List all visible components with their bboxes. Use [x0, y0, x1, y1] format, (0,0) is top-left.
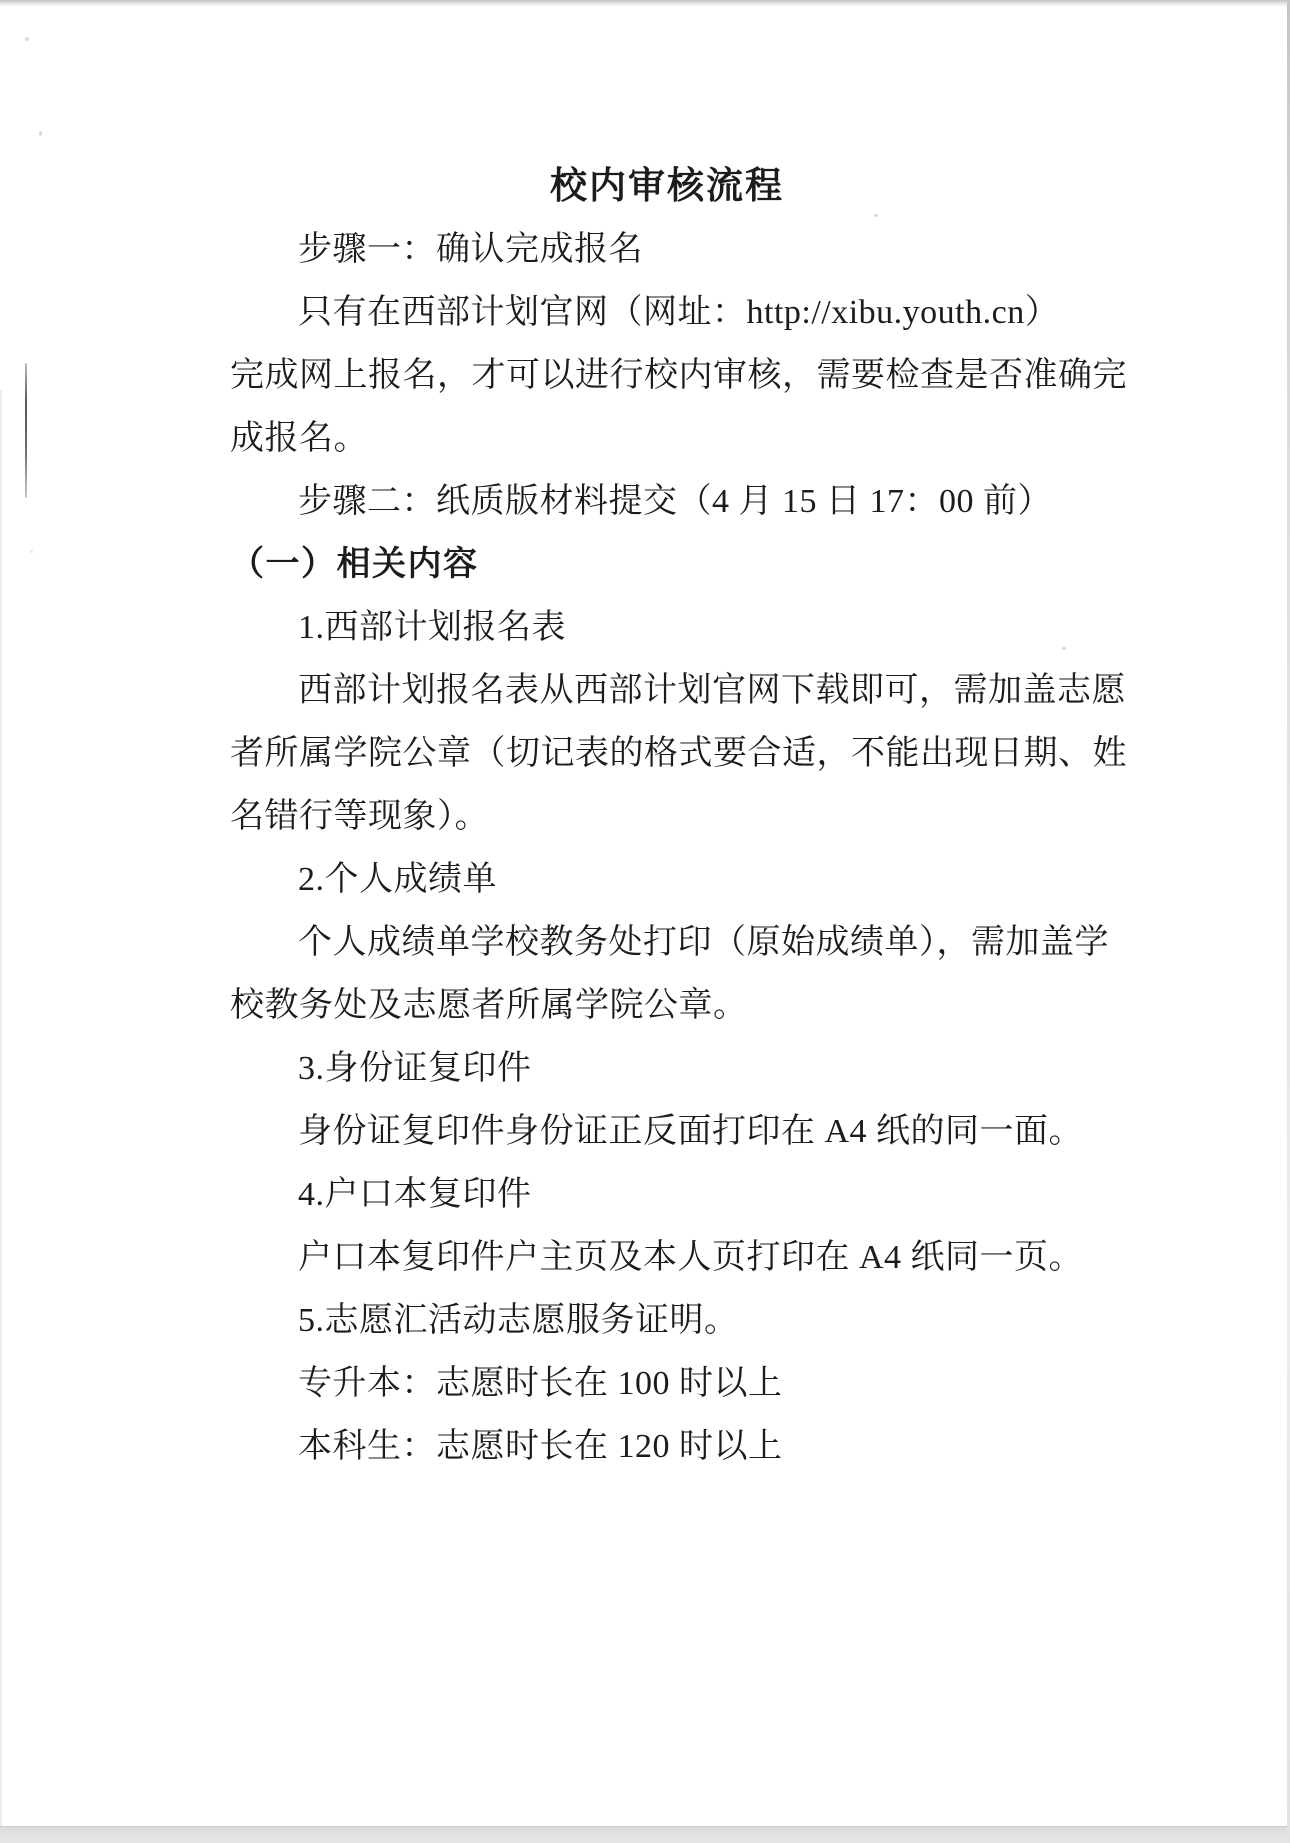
- item-3-title: 3.身份证复印件: [230, 1037, 1104, 1100]
- scan-speck: [30, 550, 33, 553]
- step1-heading: 步骤一：确认完成报名: [230, 218, 1104, 281]
- item-1-body-line-2: 者所属学院公章（切记表的格式要合适，不能出现日期、姓: [230, 722, 1104, 785]
- scanner-streak-artifact: [25, 363, 27, 498]
- item-1-title: 1.西部计划报名表: [230, 596, 1104, 659]
- item-2-body-line-2: 校教务处及志愿者所属学院公章。: [230, 974, 1104, 1037]
- step1-body-line-3: 成报名。: [230, 407, 1104, 470]
- item-4-body-line: 户口本复印件户主页及本人页打印在 A4 纸同一页。: [230, 1226, 1104, 1289]
- step2-heading: 步骤二：纸质版材料提交（4 月 15 日 17：00 前）: [230, 470, 1104, 533]
- document-title: 校内审核流程: [230, 155, 1104, 218]
- item-1-body-line-3: 名错行等现象）。: [230, 785, 1104, 848]
- scan-edge-bottom: [0, 1826, 1290, 1843]
- section-1-heading: （一）相关内容: [230, 533, 1104, 596]
- item-5-req-zhuanshengben: 专升本：志愿时长在 100 时以上: [230, 1352, 1104, 1415]
- item-5-req-benkesheng: 本科生：志愿时长在 120 时以上: [230, 1415, 1104, 1478]
- scan-speck: [25, 37, 29, 41]
- scanned-document-page: 校内审核流程 步骤一：确认完成报名 只有在西部计划官网（网址：http://xi…: [0, 0, 1290, 1843]
- item-2-body-line-1: 个人成绩单学校教务处打印（原始成绩单），需加盖学: [230, 911, 1104, 974]
- scan-edge-left: [0, 390, 2, 1826]
- item-1-body-line-1: 西部计划报名表从西部计划官网下载即可，需加盖志愿: [230, 659, 1104, 722]
- item-4-title: 4.户口本复印件: [230, 1163, 1104, 1226]
- item-2-title: 2.个人成绩单: [230, 848, 1104, 911]
- step1-body-line-2: 完成网上报名，才可以进行校内审核，需要检查是否准确完: [230, 344, 1104, 407]
- item-5-title: 5.志愿汇活动志愿服务证明。: [230, 1289, 1104, 1352]
- scan-speck: [39, 131, 42, 136]
- item-3-body-line: 身份证复印件身份证正反面打印在 A4 纸的同一面。: [230, 1100, 1104, 1163]
- step1-body-line-1: 只有在西部计划官网（网址：http://xibu.youth.cn）: [230, 281, 1104, 344]
- scan-edge-top: [0, 0, 1290, 7]
- document-body: 校内审核流程 步骤一：确认完成报名 只有在西部计划官网（网址：http://xi…: [230, 155, 1104, 1478]
